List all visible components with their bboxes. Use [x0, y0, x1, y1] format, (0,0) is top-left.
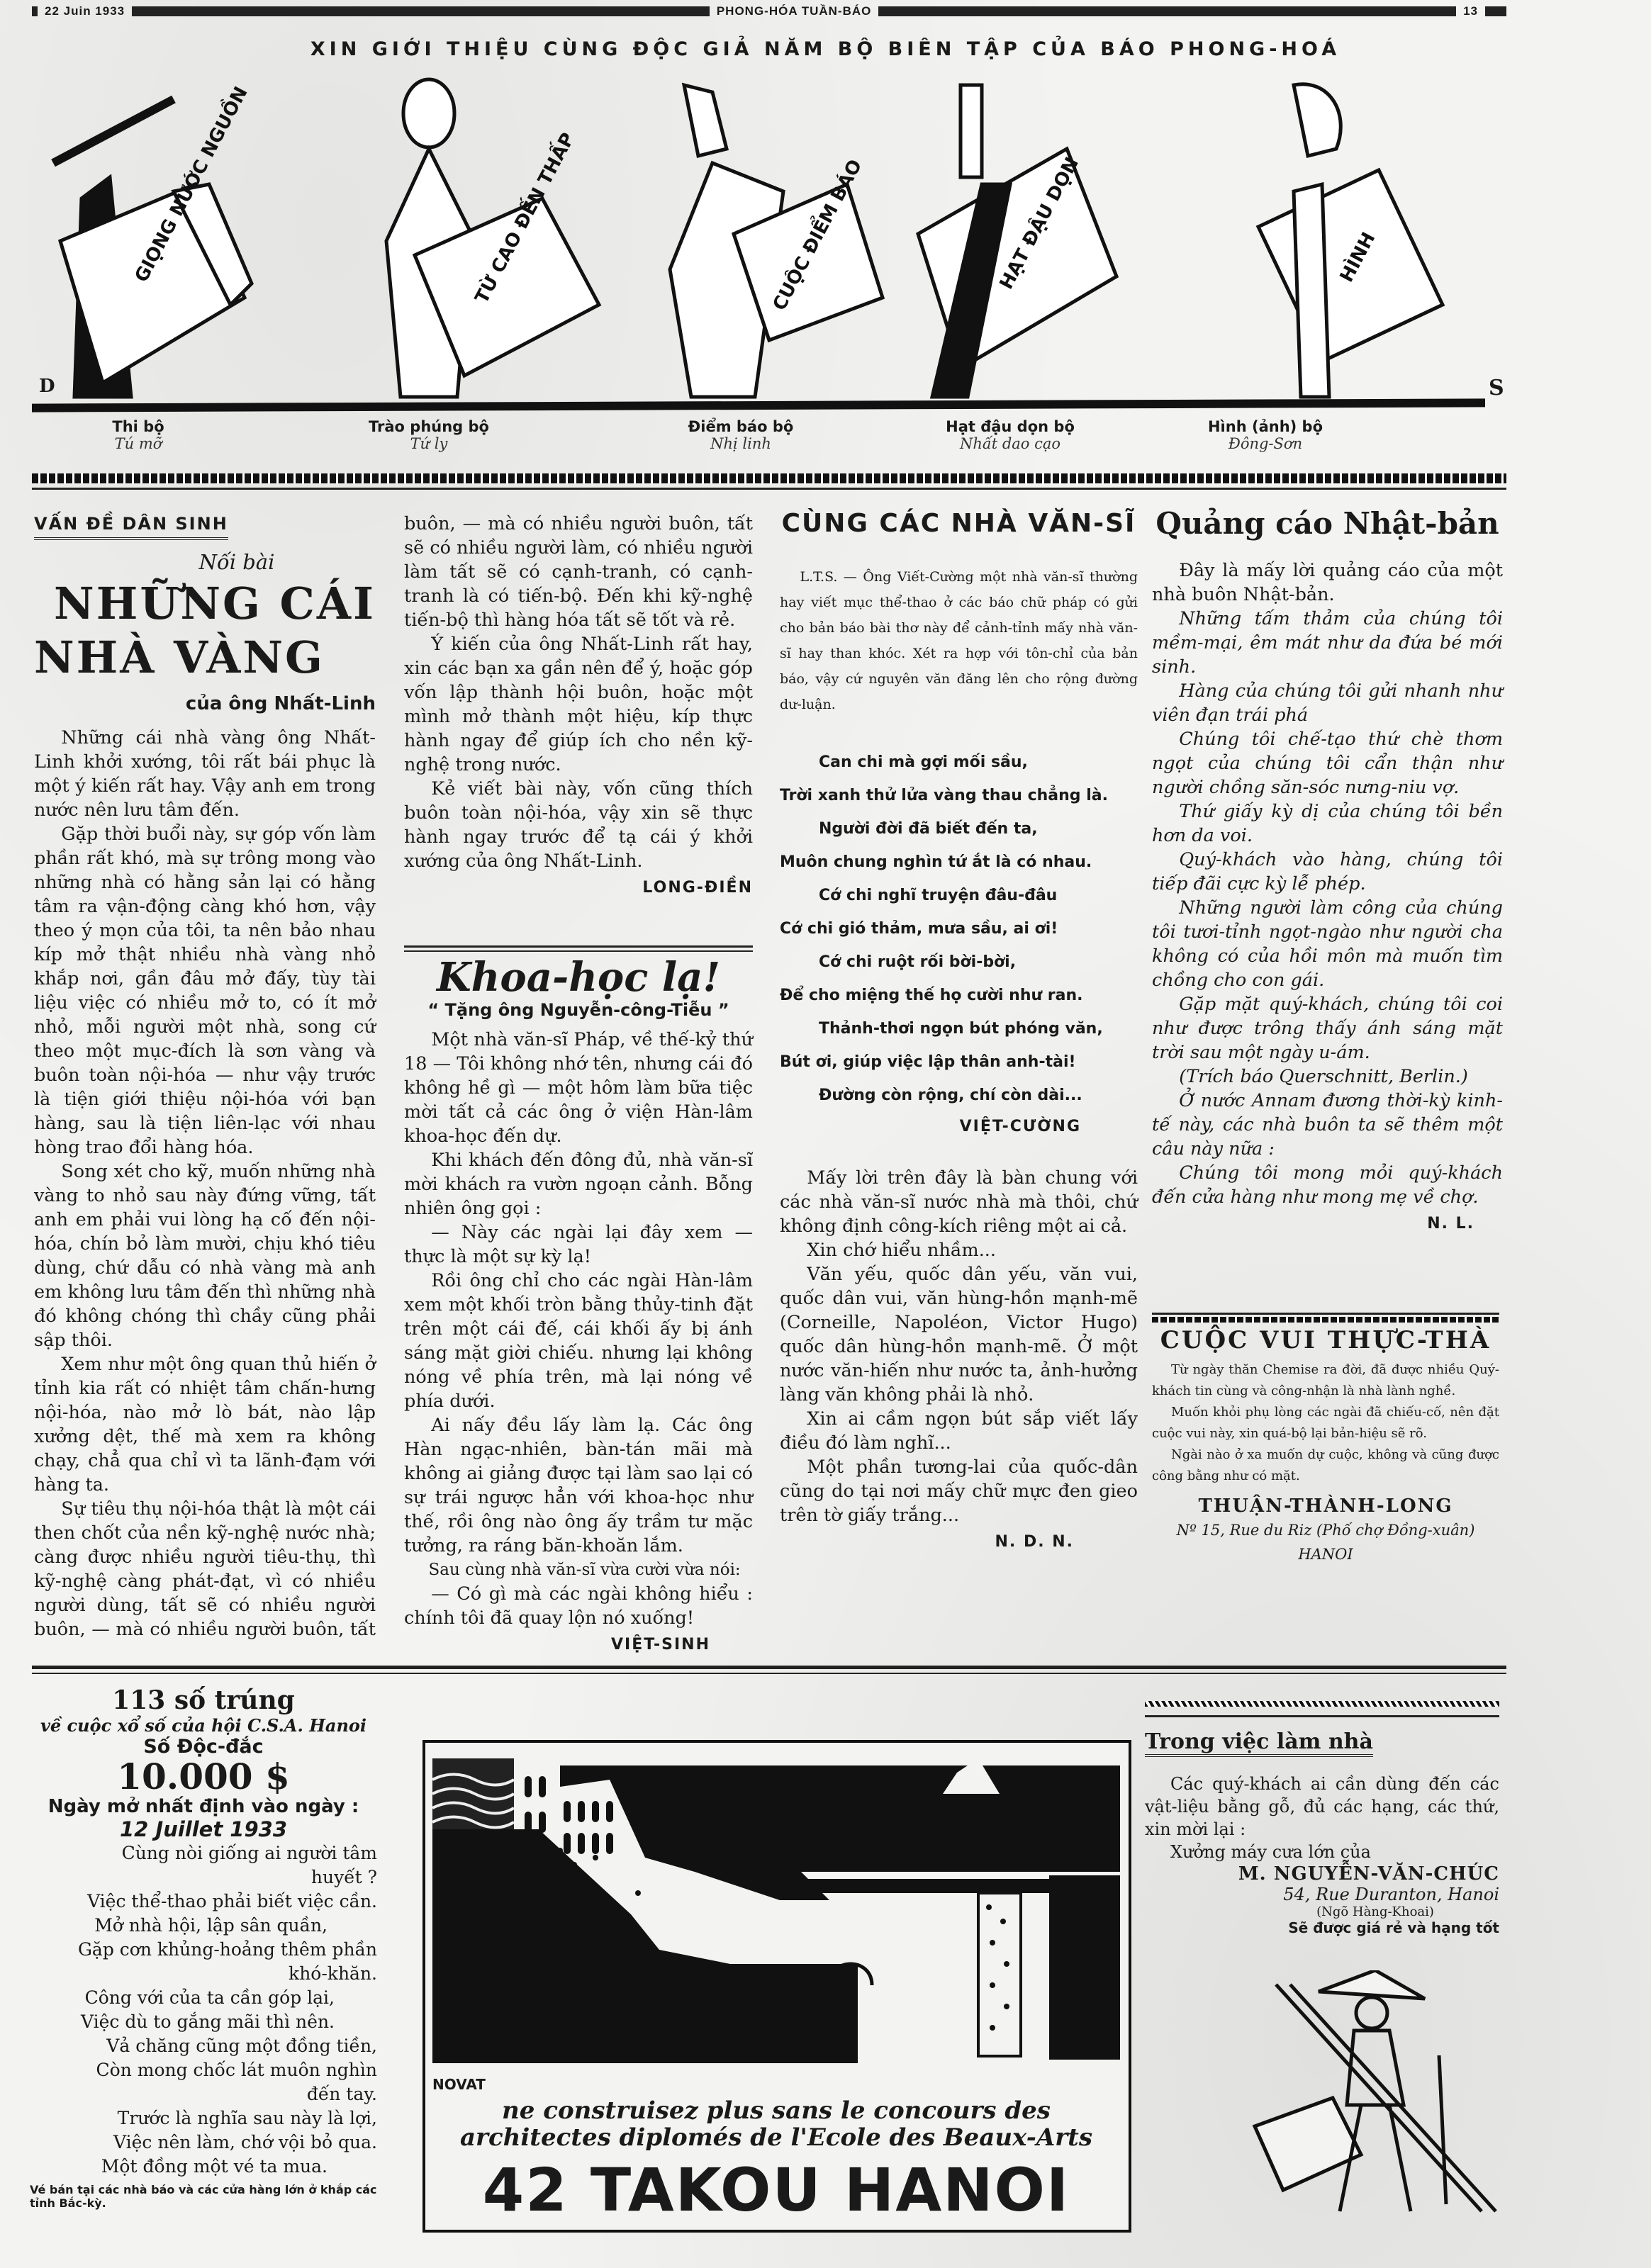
poem-line: Công với của ta cần góp lại, — [30, 1986, 377, 2010]
ad-cuoc-vui: CUỘC VUI THỰC-THÀ Từ ngày thăn Chemise r… — [1152, 1323, 1499, 1566]
bureau-caption: Trào phúng bộ Tứ ly — [337, 418, 521, 452]
masthead: PHONG-HÓA TUẦN-BÁO — [717, 4, 872, 18]
bureau-caption: Điểm báo bộ Nhị linh — [649, 418, 833, 452]
porter-with-hat-icon — [1212, 1970, 1510, 2225]
bureau-name: Hình (ảnh) bộ — [1173, 418, 1358, 435]
bureau-name: Thi bộ — [46, 418, 230, 435]
quote: Ở nước Annam đương thời-kỳ kinh-tế này, … — [1152, 1089, 1503, 1161]
poem-line: khó-khăn. — [30, 1962, 377, 1986]
divider-rule — [1152, 1313, 1499, 1315]
article-title: NHỮNG CÁI NHÀ VÀNG — [34, 577, 376, 685]
divider-rule — [32, 1673, 1506, 1674]
quote: Chúng tôi mong mỏi quý-khách đến cửa hàn… — [1152, 1161, 1503, 1209]
paragraph: Rồi ông chỉ cho các ngài Hàn-lâm xem một… — [404, 1269, 753, 1413]
bureau-person: Tứ ly — [337, 435, 521, 452]
paragraph: Ngài nào ở xa muốn dự cuộc, không và cũn… — [1152, 1444, 1499, 1487]
issue-date: 22 Juin 1933 — [45, 4, 125, 18]
page-number: 13 — [1463, 4, 1478, 18]
head-bar — [1485, 6, 1506, 16]
paragraph: Những cái nhà vàng ông Nhất-Linh khởi xư… — [34, 726, 376, 822]
ad-title: Trong việc làm nhà — [1145, 1729, 1373, 1757]
poem-line: Muôn chung nghìn tứ ắt là có nhau. — [780, 846, 1138, 879]
lottery-sales-note: Vé bán tại các nhà báo và các cửa hàng l… — [30, 2183, 377, 2210]
cartoon-title: XIN GIỚI THIỆU CÙNG ĐỘC GIẢ NĂM BỘ BIÊN … — [0, 38, 1651, 60]
bureau-caption: Hình (ảnh) bộ Đông-Sơn — [1173, 418, 1358, 452]
paragraph: Sau cùng nhà văn-sĩ vừa cười vừa nói: — [404, 1558, 753, 1582]
quote: Gặp mặt quý-khách, chúng tôi coi như đượ… — [1152, 992, 1503, 1065]
article-nha-vang: VẤN ĐỀ DÂN SINH Nối bài NHỮNG CÁI NHÀ VÀ… — [34, 512, 376, 1643]
quote: Thứ giấy kỳ dị của chúng tôi bền hơn da … — [1152, 799, 1503, 848]
shop-name: THUẬN-THÀNH-LONG — [1152, 1494, 1499, 1518]
source-note: (Trích báo Querschnitt, Berlin.) — [1152, 1065, 1503, 1089]
lottery-poem: Cùng nòi giống ai người tâm huyết ? Việc… — [30, 1841, 377, 2179]
article-title: Khoa-học lạ! — [404, 965, 753, 989]
running-head: 22 Juin 1933 PHONG-HÓA TUẦN-BÁO 13 — [32, 4, 1506, 18]
poem-line: Can chi mà gợi mối sầu, — [780, 746, 1138, 779]
paragraph: Sự tiêu thụ nội-hóa thật là một cái then… — [34, 1497, 376, 1643]
artist-mark-right: S — [1489, 376, 1504, 400]
article-dedication: “ Tặng ông Nguyễn-công-Tiễu ” — [404, 998, 753, 1022]
poem-line: Để cho miệng thế họ cười như ran. — [780, 979, 1138, 1012]
ad-architect: NOVAT ne construisez plus sans le concou… — [422, 1740, 1131, 2233]
bureau-caption: Hạt đậu dọn bộ Nhất dao cạo — [918, 418, 1102, 452]
poem-line: Vả chăng cũng một đồng tiền, — [30, 2034, 377, 2058]
article-subhead: Nối bài — [98, 550, 376, 574]
bureau-person: Nhất dao cạo — [918, 435, 1102, 452]
artist-mark-left: D — [39, 376, 55, 397]
architecture-illustration — [432, 1751, 1120, 2127]
bureau-person: Đông-Sơn — [1173, 435, 1358, 452]
ad-title: CUỘC VUI THỰC-THÀ — [1152, 1328, 1499, 1352]
poem-line: Cớ chi ruột rối bời-bời, — [780, 945, 1138, 979]
poem-line: Một đồng một vé ta mua. — [30, 2155, 377, 2179]
lottery-jackpot-label: Số Độc-đắc — [30, 1736, 377, 1758]
article-signature: N. D. N. — [780, 1530, 1074, 1554]
head-bar — [132, 6, 710, 16]
poem-line: Cùng nòi giống ai người tâm — [30, 1841, 377, 1865]
article-signature: LONG-ĐIỀN — [404, 876, 753, 900]
article-quang-cao: Quảng cáo Nhật-bản Đây là mấy lời quảng … — [1152, 512, 1503, 1236]
paragraph: Khi khách đến đông đủ, nhà văn-sĩ mời kh… — [404, 1148, 753, 1220]
divider-rule — [404, 950, 753, 952]
article-title: Quảng cáo Nhật-bản — [1152, 512, 1503, 536]
decorative-rule — [1152, 1317, 1499, 1323]
bureau-name: Điểm báo bộ — [649, 418, 833, 435]
poem-line: Mở nhà hội, lập sân quần, — [30, 1914, 377, 1938]
poem-line: Cớ chi nghĩ truyện đâu-đâu — [780, 879, 1138, 912]
ad-lottery: 113 số trúng về cuộc xổ số của hội C.S.A… — [30, 1685, 377, 2210]
divider-rule — [404, 945, 753, 948]
poet-signature: VIỆT-CƯỜNG — [780, 1115, 1081, 1139]
poem: Can chi mà gợi mối sầu, Trời xanh thử lử… — [780, 746, 1138, 1112]
paragraph: Xin chớ hiểu nhầm... — [780, 1238, 1138, 1262]
quote: Chúng tôi chế-tạo thứ chè thơm ngọt của … — [1152, 727, 1503, 799]
paragraph: Song xét cho kỹ, muốn những nhà vàng to … — [34, 1160, 376, 1352]
quote: Những người làm công của chúng tôi tươi-… — [1152, 896, 1503, 992]
poem-line: Bút ơi, giúp việc lập thân anh-tài! — [780, 1045, 1138, 1079]
paragraph: Kẻ viết bài này, vốn cũng thích buôn toà… — [404, 777, 753, 873]
lottery-prize: 10.000 $ — [30, 1758, 377, 1796]
poem-line: Người đời đã biết đến ta, — [780, 812, 1138, 846]
bureau-person: Nhị linh — [649, 435, 833, 452]
pagoda-building-illustration — [432, 1751, 1120, 2127]
shop-address: Nº 15, Rue du Riz (Phố chợ Đồng-xuân) — [1152, 1518, 1499, 1542]
paragraph: Văn yếu, quốc dân yếu, văn vui, quốc dân… — [780, 1262, 1138, 1407]
paragraph: Một nhà văn-sĩ Pháp, về thế-kỷ thứ 18 — … — [404, 1028, 753, 1148]
lottery-headline: 113 số trúng — [30, 1685, 377, 1715]
divider-rule — [1145, 1715, 1499, 1717]
poem-line: Việc thể-thao phải biết việc cần. — [30, 1890, 377, 1914]
newspaper-page: 22 Juin 1933 PHONG-HÓA TUẦN-BÁO 13 XIN G… — [0, 0, 1651, 2268]
bureau-person: Tú mỡ — [46, 435, 230, 452]
decorative-rule — [1145, 1701, 1499, 1707]
poem-line: Đường còn rộng, chí còn dài... — [780, 1079, 1138, 1112]
article-van-si: CÙNG CÁC NHÀ VĂN-SĨ L.T.S. — Ông Viết-Cư… — [780, 512, 1138, 1554]
paragraph: Mấy lời trên đây là bàn chung với các nh… — [780, 1166, 1138, 1238]
ad-body: Xưởng máy cưa lớn của — [1145, 1841, 1499, 1863]
poem-line: Trời xanh thử lửa vàng thau chẳng là. — [780, 779, 1138, 812]
paragraph-continued: buôn, — mà có nhiều người buôn, tất sẽ c… — [404, 512, 753, 632]
five-editors-carrying-books-illustration: GIỌNG NƯỚC NGUỒN TỪ CAO ĐẾN THẤP CUỘC ĐI… — [32, 71, 1506, 411]
divider-rule — [32, 488, 1506, 490]
editor-note: L.T.S. — Ông Viết-Cường một nhà văn-sĩ t… — [780, 564, 1138, 717]
poem-line: Cớ chi gió thảm, mưa sầu, ai ơi! — [780, 912, 1138, 945]
poem-line: huyết ? — [30, 1865, 377, 1890]
head-bar — [32, 6, 38, 16]
article-signature: N. L. — [1152, 1212, 1474, 1236]
paragraph: Gặp thời buổi này, sự góp vốn làm phần r… — [34, 822, 376, 1160]
woodcarrier-illustration — [1212, 1970, 1510, 2225]
paragraph: Từ ngày thăn Chemise ra đời, đã được nhi… — [1152, 1359, 1499, 1402]
paragraph: Xem như một ông quan thủ hiến ở tỉnh kia… — [34, 1352, 376, 1497]
cartoon-illustration: GIỌNG NƯỚC NGUỒN TỪ CAO ĐẾN THẤP CUỘC ĐI… — [32, 71, 1506, 411]
poem-line: Việc dù to gắng mãi thì nên. — [30, 2010, 377, 2034]
poem-line: Việc nên làm, chớ vội bỏ qua. — [30, 2131, 377, 2155]
lottery-subhead: về cuộc xổ số của hội C.S.A. Hanoi — [30, 1715, 377, 1736]
paragraph: — Này các ngài lại đây xem — thực là một… — [404, 1220, 753, 1269]
paragraph: Xin ai cầm ngọn bút sắp viết lấy điều đó… — [780, 1407, 1138, 1455]
owner-alley: (Ngõ Hàng-Khoai) — [1145, 1904, 1499, 1919]
bureau-caption: Thi bộ Tú mỡ — [46, 418, 230, 452]
article-byline: của ông Nhất-Linh — [34, 692, 376, 716]
quote: Hàng của chúng tôi gửi nhanh như viên đạ… — [1152, 679, 1503, 727]
owner-name: M. NGUYỄN-VĂN-CHÚC — [1145, 1863, 1499, 1885]
paragraph: Đây là mấy lời quảng cáo của một nhà buô… — [1152, 558, 1503, 607]
article-nha-vang-continued: buôn, — mà có nhiều người buôn, tất sẽ c… — [404, 512, 753, 900]
paragraph: Ai nấy đều lấy làm lạ. Các ông Hàn ngạc-… — [404, 1413, 753, 1558]
lottery-draw-date: 12 Juillet 1933 — [30, 1817, 377, 1841]
ad-slogan: ne construisez plus sans le concours des… — [432, 2097, 1120, 2151]
article-title: CÙNG CÁC NHÀ VĂN-SĨ — [780, 512, 1138, 536]
decorative-rule — [32, 473, 1506, 483]
paragraph: Muốn khỏi phụ lòng các ngài đã chiếu-cố,… — [1152, 1402, 1499, 1444]
shop-city: HANOI — [1152, 1542, 1499, 1566]
poem-line: Gặp cơn khủng-hoảng thêm phần — [30, 1938, 377, 1962]
poem-line: đến tay. — [30, 2082, 377, 2106]
bureau-captions: Thi bộ Tú mỡ Trào phúng bộ Tứ ly Điểm bá… — [32, 418, 1506, 461]
ad-house-building: Trong việc làm nhà Các quý-khách ai cần … — [1145, 1729, 1499, 1936]
ad-address: 42 TAKOU HANOI — [425, 2155, 1127, 2225]
article-khoa-hoc: Khoa-học lạ! “ Tặng ông Nguyễn-công-Tiễu… — [404, 954, 753, 1657]
bureau-name: Hạt đậu dọn bộ — [918, 418, 1102, 435]
paragraph: Ý kiến của ông Nhất-Linh rất hay, xin cá… — [404, 632, 753, 777]
divider-rule — [32, 1666, 1506, 1669]
ad-promise: Sẽ được giá rẻ và hạng tốt — [1145, 1919, 1499, 1936]
section-kicker: VẤN ĐỀ DÂN SINH — [34, 512, 228, 540]
commentary: Mấy lời trên đây là bàn chung với các nh… — [780, 1166, 1138, 1527]
poem-line: Trước là nghĩa sau này là lợi, — [30, 2106, 377, 2131]
poem-line: Còn mong chốc lát muôn nghìn — [30, 2058, 377, 2082]
paragraph: Một phần tương-lai của quốc-dân cũng do … — [780, 1455, 1138, 1527]
ad-body: Các quý-khách ai cần dùng đến các vật-li… — [1145, 1773, 1499, 1841]
artist-signature: NOVAT — [432, 2076, 486, 2093]
bureau-name: Trào phúng bộ — [337, 418, 521, 435]
lottery-draw-label: Ngày mở nhất định vào ngày : — [30, 1796, 377, 1817]
paragraph: — Có gì mà các ngài không hiểu : chính t… — [404, 1582, 753, 1630]
poem-line: Thảnh-thơi ngọn bút phóng văn, — [780, 1012, 1138, 1045]
quote: Những tấm thảm của chúng tôi mềm-mại, êm… — [1152, 607, 1503, 679]
head-bar — [878, 6, 1456, 16]
owner-address: 54, Rue Duranton, Hanoi — [1145, 1885, 1499, 1904]
quote: Quý-khách vào hàng, chúng tôi tiếp đãi c… — [1152, 848, 1503, 896]
article-signature: VIỆT-SINH — [404, 1633, 710, 1657]
